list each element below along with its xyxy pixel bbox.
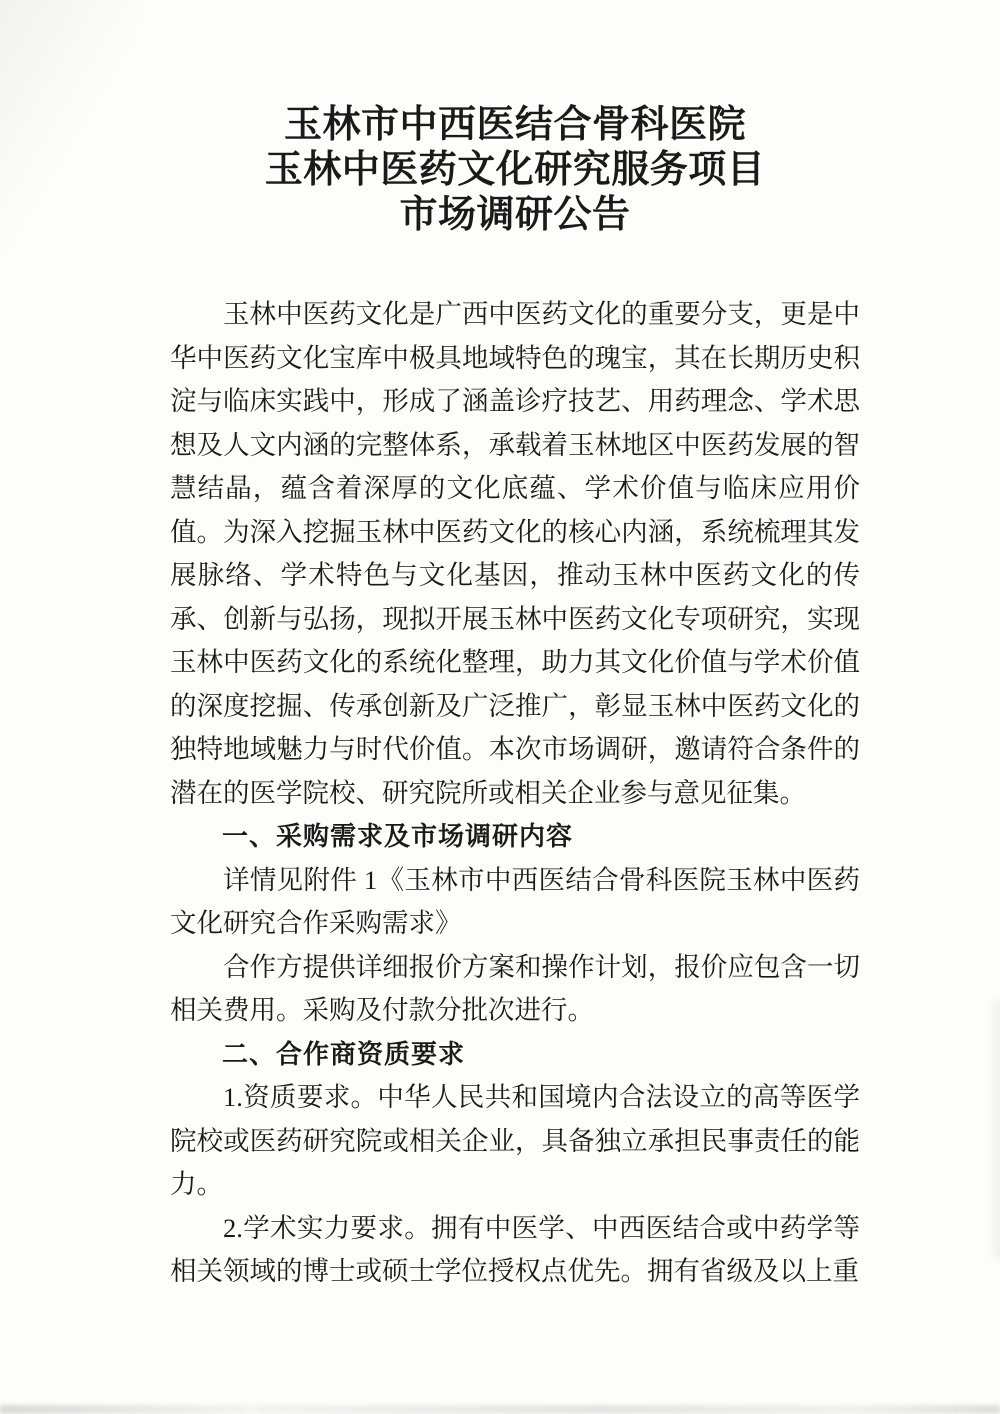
- scan-artifact-bottom-edge: [0, 1405, 1000, 1414]
- section-heading-1: 一、采购需求及市场调研内容: [170, 815, 860, 859]
- scan-artifact-right-edge: [994, 1000, 1000, 1260]
- section-heading-2: 二、合作商资质要求: [170, 1033, 860, 1077]
- paragraph-academic-requirement: 2.学术实力要求。拥有中医学、中西医结合或中药学等相关领域的博士或硕士学位授权点…: [170, 1207, 860, 1294]
- paragraph-qualification-requirement: 1.资质要求。中华人民共和国境内合法设立的高等医学院校或医药研究院或相关企业，具…: [170, 1076, 860, 1207]
- intro-paragraph: 玉林中医药文化是广西中医药文化的重要分支，更是中华中医药文化宝库中极具地域特色的…: [170, 293, 860, 815]
- document-content: 玉林市中西医结合骨科医院 玉林中医药文化研究服务项目 市场调研公告 玉林中医药文…: [170, 0, 860, 1294]
- paragraph-attachment-reference: 详情见附件 1《玉林市中西医结合骨科医院玉林中医药文化研究合作采购需求》: [170, 859, 860, 946]
- scan-artifact-top-left: [0, 0, 142, 387]
- document-title: 玉林市中西医结合骨科医院 玉林中医药文化研究服务项目 市场调研公告: [170, 103, 860, 238]
- title-line-3: 市场调研公告: [170, 193, 860, 238]
- scanned-document-page: 玉林市中西医结合骨科医院 玉林中医药文化研究服务项目 市场调研公告 玉林中医药文…: [0, 0, 1000, 1414]
- document-body: 玉林中医药文化是广西中医药文化的重要分支，更是中华中医药文化宝库中极具地域特色的…: [170, 293, 860, 1294]
- title-line-1: 玉林市中西医结合骨科医院: [170, 103, 860, 148]
- title-line-2: 玉林中医药文化研究服务项目: [170, 148, 860, 193]
- paragraph-quotation-requirement: 合作方提供详细报价方案和操作计划，报价应包含一切相关费用。采购及付款分批次进行。: [170, 946, 860, 1033]
